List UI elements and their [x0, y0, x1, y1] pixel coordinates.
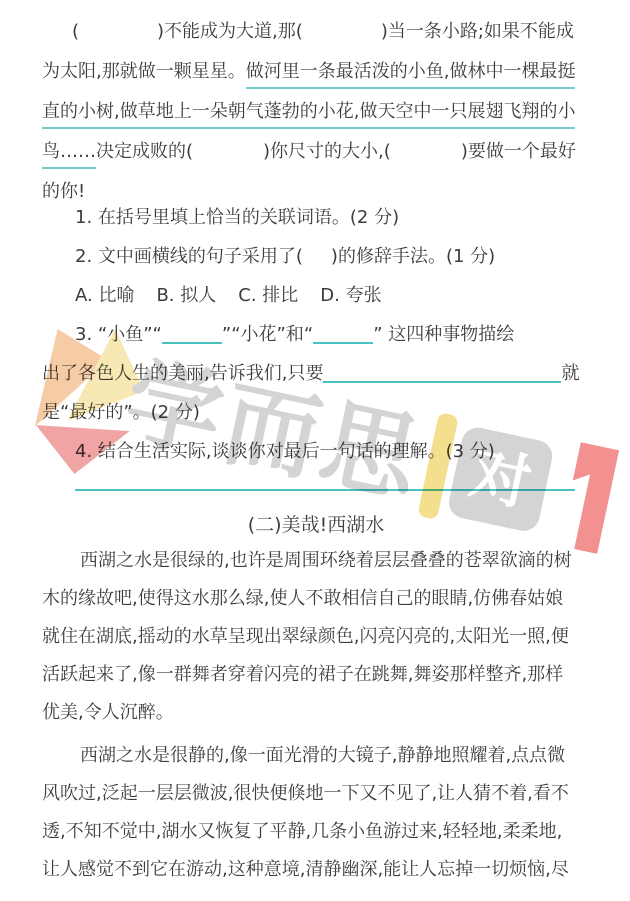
paren-blank-space: [193, 156, 263, 157]
text-line: 为太阳,那就做一颗星星。做河里一条最活泼的小鱼,做林中一棵最挺: [42, 52, 590, 92]
text-line: 西湖之水是很静的,像一面光滑的大镜子,静静地照耀着,点点微: [42, 737, 590, 775]
text-line: A. 比喻B. 拟人C. 排比D. 夸张: [42, 276, 590, 315]
intro-passage: ()不能成为大道,那()当一条小路;如果不能成为太阳,那就做一颗星星。做河里一条…: [42, 12, 590, 212]
paren-blank-space: [391, 156, 461, 157]
paren-blank-space: [42, 339, 75, 340]
text-line: 活跃起来了,像一群舞者穿着闪亮的裙子在跳舞,舞姿那样整齐,那样: [42, 656, 590, 694]
section-title: (二)美哉!西湖水: [42, 505, 590, 545]
text-segment: A. 比喻: [75, 285, 134, 306]
paren-blank-space: [42, 36, 72, 37]
text-segment: C. 排比: [238, 285, 298, 306]
text-segment: 是“最好的”。(2 分): [42, 402, 200, 423]
paren-blank-space: [42, 300, 75, 301]
text-line: 透,不知不觉中,湖水又恢复了平静,几条小鱼游过来,轻轻地,柔柔地,: [42, 813, 590, 851]
answer-underline: [75, 489, 575, 491]
text-segment: 出了各色人生的美丽,告诉我们,只要: [42, 363, 323, 384]
text-segment: 就: [561, 363, 579, 384]
text-line: 4. 结合生活实际,谈谈你对最后一句话的理解。(3 分): [42, 432, 590, 471]
text-line: 风吹过,泛起一层层微波,很快便倏地一下又不见了,让人猜不着,看不: [42, 775, 590, 813]
paragraph-1: 西湖之水是很绿的,也许是周围环绕着层层叠叠的苍翠欲滴的树木的缘故吧,使得这水那么…: [42, 542, 590, 732]
answer-line-row: [42, 489, 590, 491]
text-segment: 决定成败的(: [96, 141, 193, 162]
paren-blank-space: [298, 300, 320, 301]
paren-blank-space: [42, 222, 75, 223]
text-segment: 西湖之水是很绿的,也许是周围环绕着层层叠叠的苍翠欲滴的树: [80, 550, 572, 571]
paper-content: ()不能成为大道,那()当一条小路;如果不能成为太阳,那就做一颗星星。做河里一条…: [0, 0, 630, 901]
text-segment: 3. “小鱼”“: [75, 324, 162, 345]
paren-blank-space: [216, 300, 238, 301]
exam-paper-page: ()不能成为大道,那()当一条小路;如果不能成为太阳,那就做一颗星星。做河里一条…: [0, 0, 630, 901]
text-segment: )你尺寸的大小,(: [263, 141, 391, 162]
text-segment: 就住在湖底,摇动的水草呈现出翠绿颜色,闪亮闪亮的,太阳光一照,便: [42, 626, 569, 647]
text-line: 西湖之水是很绿的,也许是周围环绕着层层叠叠的苍翠欲滴的树: [42, 542, 590, 580]
underlined-text: 直的小树,做草地上一朵朝气蓬勃的小花,做天空中一只展翅飞翔的小: [42, 101, 575, 129]
paren-blank-space: [42, 456, 75, 457]
text-segment: B. 拟人: [156, 285, 216, 306]
underlined-text: 做河里一条最活泼的小鱼,做林中一棵最挺: [246, 61, 576, 89]
text-segment: 让人感觉不到它在游动,这种意境,清静幽深,能让人忘掉一切烦恼,尽: [42, 859, 569, 880]
text-line: ()不能成为大道,那()当一条小路;如果不能成: [42, 12, 590, 52]
text-line: 就住在湖底,摇动的水草呈现出翠绿颜色,闪亮闪亮的,太阳光一照,便: [42, 618, 590, 656]
text-line: 让人感觉不到它在游动,这种意境,清静幽深,能让人忘掉一切烦恼,尽: [42, 851, 590, 889]
text-segment: )的修辞手法。(1 分): [331, 246, 495, 267]
text-segment: 1. 在括号里填上恰当的关联词语。(2 分): [75, 207, 399, 228]
paren-blank-space: [42, 760, 80, 761]
text-line: 3. “小鱼”“”“小花”和“” 这四种事物描绘: [42, 315, 590, 354]
text-segment: 4. 结合生活实际,谈谈你对最后一句话的理解。(3 分): [75, 441, 495, 462]
paragraph-2: 西湖之水是很静的,像一面光滑的大镜子,静静地照耀着,点点微风吹过,泛起一层层微波…: [42, 737, 590, 889]
text-segment: 西湖之水是很静的,像一面光滑的大镜子,静静地照耀着,点点微: [80, 745, 565, 766]
text-segment: 活跃起来了,像一群舞者穿着闪亮的裙子在跳舞,舞姿那样整齐,那样: [42, 664, 563, 685]
text-segment: 2. 文中画横线的句子采用了(: [75, 246, 303, 267]
text-segment: 透,不知不觉中,湖水又恢复了平静,几条小鱼游过来,轻轻地,柔柔地,: [42, 821, 562, 842]
paren-blank-space: [303, 36, 381, 37]
text-segment: D. 夸张: [320, 285, 381, 306]
paren-blank-space: [42, 565, 80, 566]
answer-blank: [323, 379, 561, 383]
text-segment: )要做一个最好: [461, 141, 576, 162]
text-line: 木的缘故吧,使得这水那么绿,使人不敢相信自己的眼睛,仿佛春姑娘: [42, 580, 590, 618]
text-line: 出了各色人生的美丽,告诉我们,只要就: [42, 354, 590, 393]
answer-blank: [162, 340, 222, 344]
questions-block: 1. 在括号里填上恰当的关联词语。(2 分)2. 文中画横线的句子采用了()的修…: [42, 198, 590, 471]
text-segment: )当一条小路;如果不能成: [381, 21, 574, 42]
text-line: 2. 文中画横线的句子采用了()的修辞手法。(1 分): [42, 237, 590, 276]
text-segment: )不能成为大道,那(: [157, 21, 303, 42]
text-line: 1. 在括号里填上恰当的关联词语。(2 分): [42, 198, 590, 237]
text-segment: 木的缘故吧,使得这水那么绿,使人不敢相信自己的眼睛,仿佛春姑娘: [42, 588, 563, 609]
paren-blank-space: [42, 261, 75, 262]
text-segment: 为太阳,那就做一颗星星。: [42, 61, 246, 82]
text-line: 直的小树,做草地上一朵朝气蓬勃的小花,做天空中一只展翅飞翔的小: [42, 92, 590, 132]
paren-blank-space: [303, 261, 331, 262]
text-segment: ” 这四种事物描绘: [373, 324, 514, 345]
text-line: 优美,令人沉醉。: [42, 694, 590, 732]
text-segment: 优美,令人沉醉。: [42, 702, 174, 723]
underlined-text: 鸟……: [42, 141, 96, 169]
text-segment: ”“小花”和“: [222, 324, 313, 345]
paren-blank-space: [134, 300, 156, 301]
text-segment: (: [72, 21, 79, 42]
text-segment: 风吹过,泛起一层层微波,很快便倏地一下又不见了,让人猜不着,看不: [42, 783, 569, 804]
text-line: 是“最好的”。(2 分): [42, 393, 590, 432]
answer-blank: [313, 340, 373, 344]
paren-blank-space: [79, 36, 157, 37]
text-line: 鸟……决定成败的()你尺寸的大小,()要做一个最好: [42, 132, 590, 172]
